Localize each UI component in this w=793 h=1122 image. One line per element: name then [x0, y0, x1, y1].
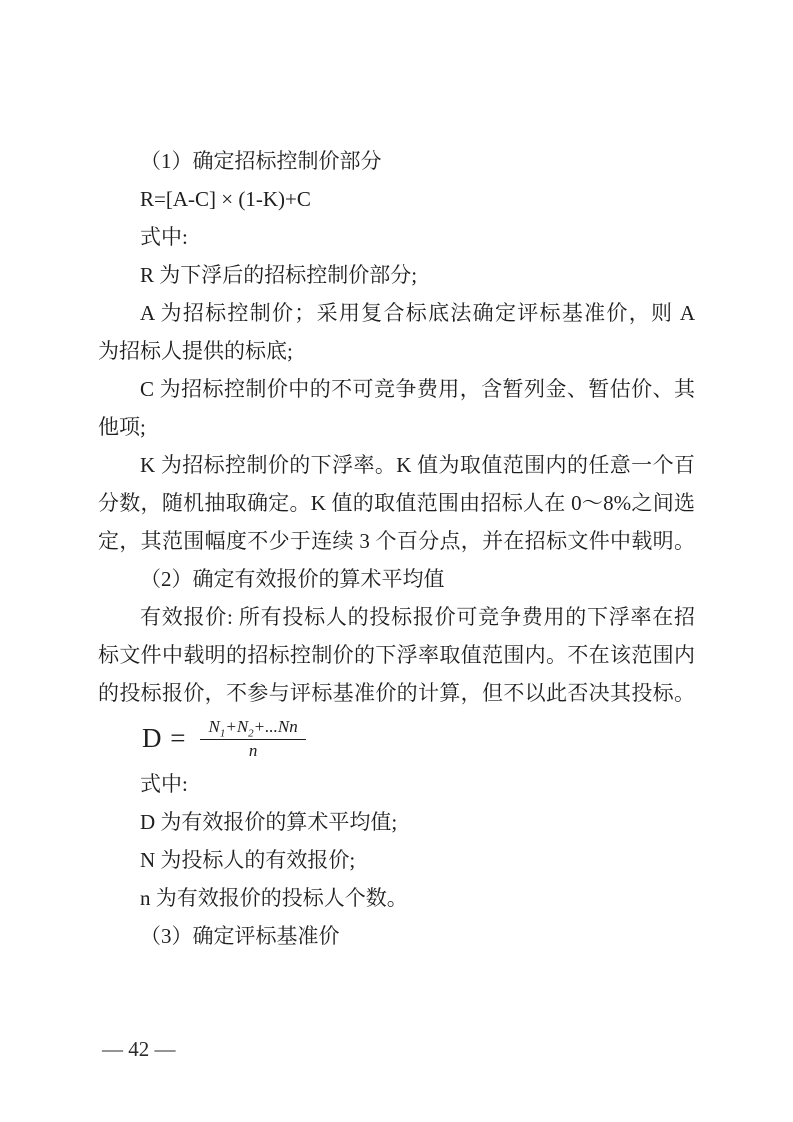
- document-page: （1）确定招标控制价部分R=[A-C] × (1-K)+C式中:R 为下浮后的招…: [0, 0, 793, 1122]
- text-line: 分数，随机抽取确定。K 值的取值范围由招标人在 0～8%之间选: [98, 484, 695, 522]
- text-line: 为招标人提供的标底;: [98, 332, 695, 370]
- text-line: 式中:: [98, 765, 695, 803]
- text-line: A 为招标控制价；采用复合标底法确定评标基准价，则 A: [98, 294, 695, 332]
- fraction: N1+N2+...Nn n: [200, 717, 305, 760]
- numerator-term-1: N: [208, 717, 219, 736]
- text-line: 式中:: [98, 218, 695, 256]
- numerator-term-2: N: [237, 717, 248, 736]
- text-line: 的投标报价，不参与评标基准价的计算，但不以此否决其投标。: [98, 674, 695, 712]
- text-line: 有效报价: 所有投标人的投标报价可竞争费用的下浮率在招: [98, 598, 695, 636]
- text-line: 标文件中载明的招标控制价的下浮率取值范围内。不在该范围内: [98, 636, 695, 674]
- fraction-numerator: N1+N2+...Nn: [200, 717, 305, 740]
- text-line: （2）确定有效报价的算术平均值: [98, 560, 695, 598]
- numerator-plus: +: [225, 717, 236, 736]
- text-line: 定，其范围幅度不少于连续 3 个百分点，并在招标文件中载明。: [98, 522, 695, 560]
- text-line: N 为投标人的有效报价;: [98, 841, 695, 879]
- text-line: C 为招标控制价中的不可竞争费用，含暂列金、暂估价、其: [98, 370, 695, 408]
- text-line: D 为有效报价的算术平均值;: [98, 803, 695, 841]
- text-line: 他项;: [98, 408, 695, 446]
- text-line: n 为有效报价的投标人个数。: [98, 879, 695, 917]
- text-line: R=[A-C] × (1-K)+C: [98, 180, 695, 218]
- numerator-tail: +...Nn: [254, 717, 298, 736]
- text-line: R 为下浮后的招标控制价部分;: [98, 256, 695, 294]
- text-line: （3）确定评标基准价: [98, 917, 695, 955]
- formula-lhs: D =: [142, 723, 186, 754]
- document-body: （1）确定招标控制价部分R=[A-C] × (1-K)+C式中:R 为下浮后的招…: [98, 142, 695, 955]
- fraction-denominator: n: [249, 740, 258, 761]
- text-line: （1）确定招标控制价部分: [98, 142, 695, 180]
- formula-row: D = N1+N2+...Nn n: [98, 712, 695, 765]
- page-number: — 42 —: [102, 1036, 176, 1062]
- formula-d-average: D = N1+N2+...Nn n: [142, 712, 306, 765]
- text-line: K 为招标控制价的下浮率。K 值为取值范围内的任意一个百: [98, 446, 695, 484]
